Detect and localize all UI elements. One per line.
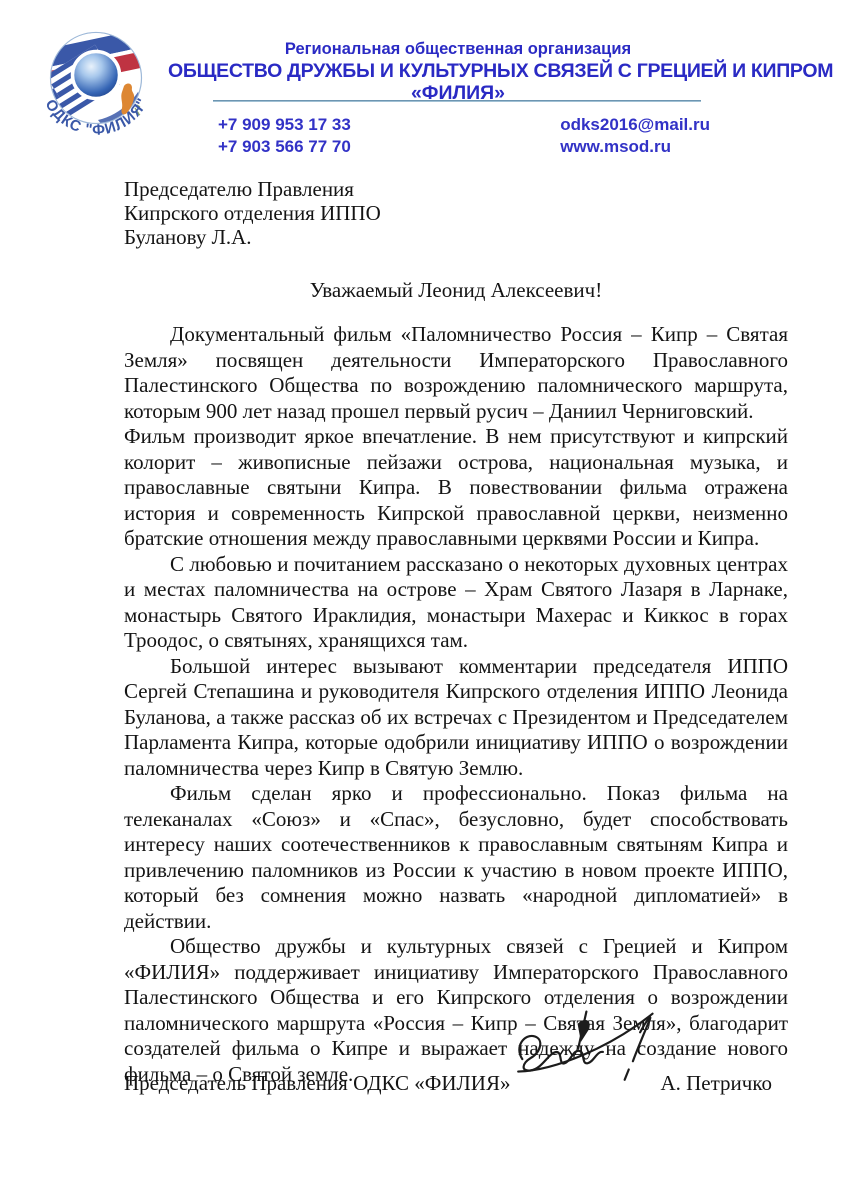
email-address: odks2016@mail.ru [560, 114, 710, 136]
addressee-line-1: Председателю Правления [124, 177, 788, 201]
web-contacts: odks2016@mail.ru www.msod.ru [560, 114, 710, 158]
phone-number-2: +7 903 566 77 70 [218, 136, 351, 158]
org-name-line: ОБЩЕСТВО ДРУЖБЫ И КУЛЬТУРНЫХ СВЯЗЕЙ С ГР… [168, 61, 748, 82]
letterhead-divider [213, 100, 701, 102]
letter-body: Председателю Правления Кипрского отделен… [124, 177, 788, 1087]
signoff-title: Председатель Правления ОДКС «ФИЛИЯ» [124, 1070, 510, 1096]
website-url: www.msod.ru [560, 136, 710, 158]
paragraph-4: Большой интерес вызывают комментарии пре… [124, 654, 788, 782]
paragraph-1: Документальный фильм «Паломничество Росс… [124, 322, 788, 424]
phone-numbers: +7 909 953 17 33 +7 903 566 77 70 [218, 114, 351, 158]
globe-sphere [73, 52, 120, 99]
paragraph-3: С любовью и почитанием рассказано о неко… [124, 552, 788, 654]
org-logo-emblem: ОДКС "ФИЛИЯ" [36, 28, 168, 164]
addressee-block: Председателю Правления Кипрского отделен… [124, 177, 788, 249]
org-type-line: Региональная общественная организация [168, 40, 748, 59]
letterhead-titles: Региональная общественная организация ОБ… [168, 40, 748, 104]
phone-number-1: +7 909 953 17 33 [218, 114, 351, 136]
letter-paragraphs: Документальный фильм «Паломничество Росс… [124, 322, 788, 1087]
addressee-line-2: Кипрского отделения ИППО [124, 201, 788, 225]
letterhead-contacts: +7 909 953 17 33 +7 903 566 77 70 odks20… [218, 114, 710, 158]
paragraph-6: Общество дружбы и культурных связей с Гр… [124, 934, 788, 1087]
org-logo: ОДКС "ФИЛИЯ" [36, 28, 168, 164]
paragraph-5: Фильм сделан ярко и профессионально. Пок… [124, 781, 788, 934]
letter-page: ОДКС "ФИЛИЯ" Региональная общественная о… [0, 0, 848, 1200]
signature-row: Председатель Правления ОДКС «ФИЛИЯ» А. П… [124, 1070, 788, 1096]
addressee-line-3: Буланову Л.А. [124, 225, 788, 249]
salutation: Уважаемый Леонид Алексеевич! [124, 277, 788, 303]
signoff-name: А. Петричко [660, 1070, 772, 1096]
paragraph-2: Фильм производит яркое впечатление. В не… [124, 424, 788, 552]
